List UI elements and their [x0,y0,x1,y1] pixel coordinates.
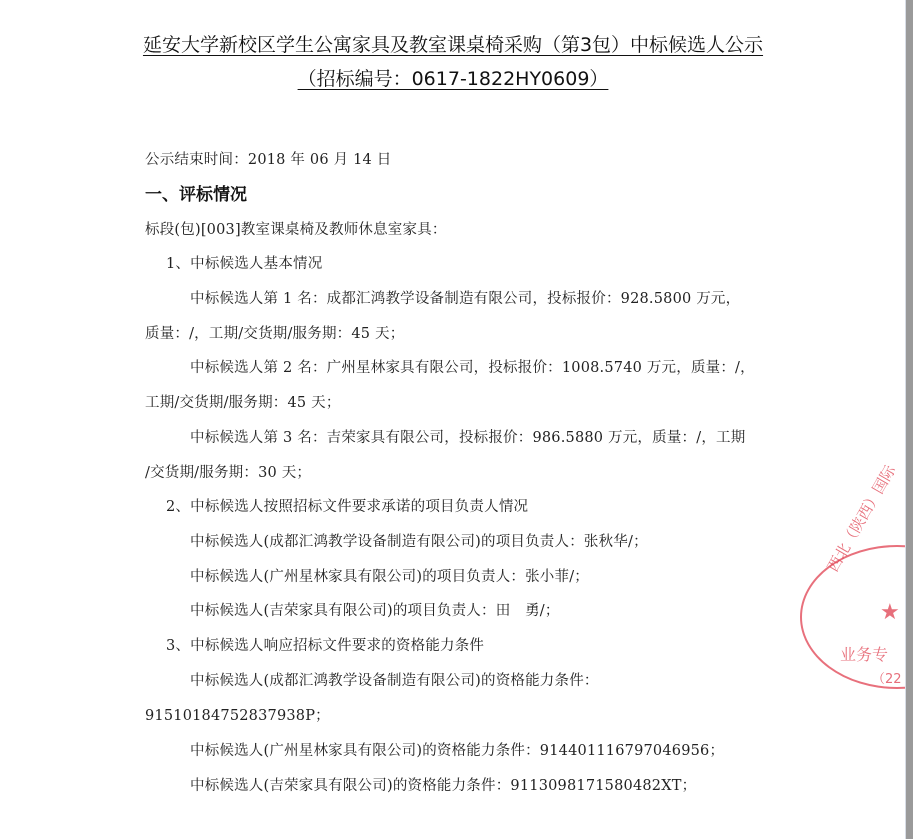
candidate-1-line-b: 质量：/，工期/交货期/服务期：45 天； [145,322,404,343]
manager-line-3: 中标候选人(吉荣家具有限公司)的项目负责人：田 勇/； [190,599,560,620]
document-page: 延安大学新校区学生公寓家具及教室课桌椅采购（第3包）中标候选人公示 （招标编号：… [0,0,906,839]
stamp-text-business: 业务专 [840,642,888,665]
manager-line-2: 中标候选人(广州星林家具有限公司)的项目负责人：张小菲/； [190,565,589,586]
subsection-heading-3: 3、中标候选人响应招标文件要求的资格能力条件 [166,634,484,655]
qualification-line-2: 中标候选人(广州星林家具有限公司)的资格能力条件：914401116797046… [190,739,724,760]
candidate-1-line-a: 中标候选人第 1 名：成都汇鸿教学设备制造有限公司，投标报价：928.5800 … [190,287,740,308]
section-heading-evaluation: 一、评标情况 [145,180,247,205]
candidate-3-line-a: 中标候选人第 3 名：吉荣家具有限公司，投标报价：986.5880 万元，质量：… [190,426,745,447]
qualification-line-1b: 91510184752837938P； [145,704,330,725]
subsection-heading-1: 1、中标候选人基本情况 [166,252,322,273]
star-icon: ★ [880,600,900,625]
candidate-3-line-b: /交货期/服务期：30 天； [145,461,311,482]
manager-line-1: 中标候选人(成都汇鸿教学设备制造有限公司)的项目负责人：张秋华/； [190,530,648,551]
qualification-line-1a: 中标候选人(成都汇鸿教学设备制造有限公司)的资格能力条件： [190,669,599,690]
page-edge-scrollbar [905,0,913,839]
end-time-line: 公示结束时间：2018 年 06 月 14 日 [145,148,391,169]
tender-number: （招标编号：0617-1822HY0609） [0,64,906,91]
qualification-line-3: 中标候选人(吉荣家具有限公司)的资格能力条件：9113098171580482X… [190,774,696,795]
document-title: 延安大学新校区学生公寓家具及教室课桌椅采购（第3包）中标候选人公示 [0,30,906,57]
stamp-text-number: （22 [872,668,902,687]
lot-line: 标段(包)[003]教室课桌椅及教师休息室家具： [145,218,447,239]
subsection-heading-2: 2、中标候选人按照招标文件要求承诺的项目负责人情况 [166,495,528,516]
candidate-2-line-b: 工期/交货期/服务期：45 天； [145,391,341,412]
candidate-2-line-a: 中标候选人第 2 名：广州星林家具有限公司，投标报价：1008.5740 万元，… [190,356,755,377]
